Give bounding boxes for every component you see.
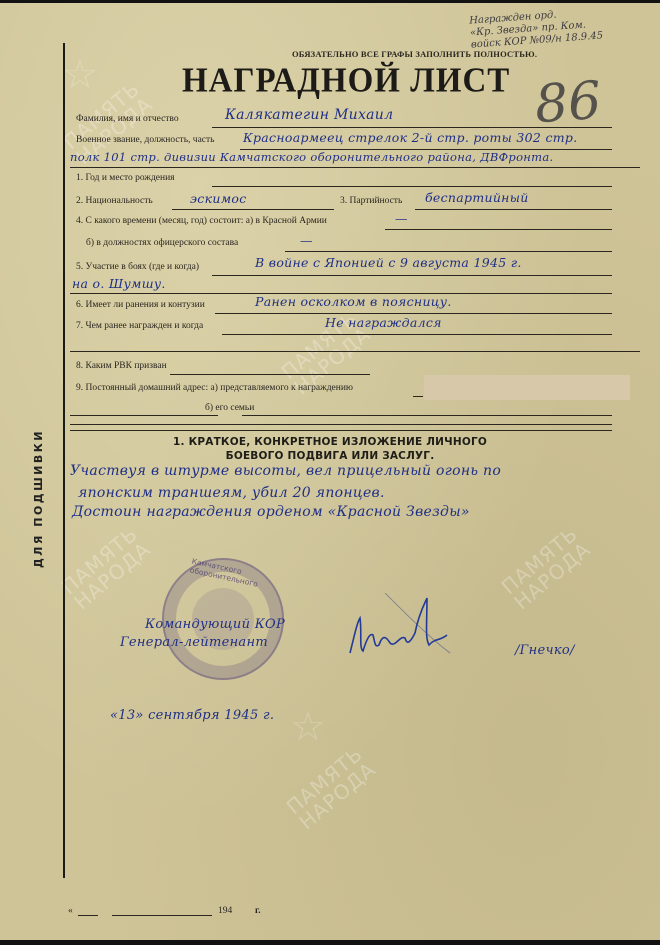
footer-year-prefix: 194	[218, 906, 232, 916]
battles-value-line1: В войне с Японией с 9 августа 1945 г.	[255, 255, 522, 270]
fill-all-fields-notice: ОБЯЗАТЕЛЬНО ВСЕ ГРАФЫ ЗАПОЛНИТЬ ПОЛНОСТЬ…	[292, 49, 537, 59]
separator-rule	[70, 424, 612, 425]
family-address-label: б) его семьи	[205, 403, 254, 413]
feat-text-line: японским траншеям, убил 20 японцев.	[78, 485, 385, 501]
wounds-value: Ранен осколком в поясницу.	[255, 294, 452, 309]
battles-underline	[212, 275, 612, 276]
feat-text-line: Участвуя в штурме высоты, вел прицельный…	[70, 463, 501, 479]
award-sheet: ☆ ПАМЯТЬНАРОДА ПАМЯТЬНАРОДА ПАМЯТЬНАРОДА…	[0, 3, 660, 940]
wounds-label: 6. Имеет ли ранения и контузии	[76, 300, 205, 310]
service-since-value: —	[395, 211, 408, 226]
watermark: ПАМЯТЬНАРОДА	[283, 743, 379, 833]
party-value: беспартийный	[425, 190, 529, 205]
signature	[345, 593, 455, 663]
nationality-label: 2. Национальность	[76, 196, 153, 206]
party-label: 3. Партийность	[340, 196, 402, 206]
separator-rule	[70, 430, 612, 431]
redacted-address	[424, 375, 630, 400]
battles-value-line2: на о. Шумшу.	[72, 276, 166, 291]
watermark: ПАМЯТЬНАРОДА	[498, 523, 594, 613]
birth-underline	[212, 186, 612, 187]
rank-underline-2	[70, 167, 640, 168]
signer-position: Командующий КОР	[145, 617, 285, 632]
rank-value-line1: Красноармеец стрелок 2-й стр. роты 302 с…	[243, 130, 577, 145]
signer-rank: Генерал-лейтенант	[120, 635, 268, 650]
battles-label: 5. Участие в боях (где и когда)	[76, 262, 199, 272]
officer-since-underline	[285, 251, 612, 252]
footer-year-suffix: г.	[255, 906, 261, 916]
party-underline	[415, 209, 612, 210]
family-address-underline-left	[70, 415, 218, 416]
previous-awards-label: 7. Чем ранее награжден и когда	[76, 321, 203, 331]
watermark-star-icon: ☆	[290, 703, 326, 750]
footer-date-quote: «	[68, 906, 73, 916]
separator-rule	[70, 351, 640, 352]
rvk-label: 8. Каким РВК призван	[76, 361, 167, 371]
service-since-label: 4. С какого времени (месяц, год) состоит…	[76, 216, 327, 226]
watermark: ПАМЯТЬНАРОДА	[58, 523, 154, 613]
address-underline	[413, 396, 423, 397]
feat-section-heading: 1. КРАТКОЕ, КОНКРЕТНОЕ ИЗЛОЖЕНИЕ ЛИЧНОГО…	[150, 435, 510, 463]
feat-text-line: Достоин награждения орденом «Красной Зве…	[72, 504, 470, 520]
name-label: Фамилия, имя и отчество	[76, 114, 179, 124]
rvk-underline	[170, 374, 370, 375]
rank-value-line2: полк 101 стр. дивизии Камчатского оборон…	[70, 150, 554, 164]
name-underline	[212, 127, 612, 128]
archive-number: 86	[533, 71, 603, 135]
document-title: НАГРАДНОЙ ЛИСТ	[182, 62, 510, 101]
officer-since-label: б) в должностях офицерского состава	[86, 238, 238, 248]
family-address-underline	[242, 415, 612, 416]
watermark-star-icon: ☆	[62, 51, 98, 98]
address-label: 9. Постоянный домашний адрес: а) предста…	[76, 383, 353, 393]
nationality-value: эскимос	[190, 191, 247, 206]
footer-month-underline	[112, 915, 212, 916]
wounds-underline	[215, 313, 612, 314]
previous-awards-value: Не награждался	[325, 315, 442, 330]
footer-day-underline	[78, 915, 98, 916]
sign-date: «13» сентября 1945 г.	[110, 708, 274, 723]
seal-text: Камчатского оборонительного	[189, 557, 283, 594]
nationality-underline	[172, 209, 334, 210]
binding-label: ДЛЯ ПОДШИВКИ	[32, 429, 45, 568]
binding-margin-line	[63, 43, 65, 878]
officer-since-value: —	[300, 233, 313, 248]
birth-label: 1. Год и место рождения	[76, 173, 175, 183]
rank-label: Военное звание, должность, часть	[76, 135, 215, 145]
service-since-underline	[385, 229, 612, 230]
signer-name: /Гнечко/	[515, 643, 575, 658]
name-value: Калякатегин Михаил	[225, 107, 393, 123]
award-pencil-note: Награжден орд. «Кр. Звезда» пр. Ком. вой…	[469, 6, 604, 51]
previous-awards-underline	[222, 334, 612, 335]
